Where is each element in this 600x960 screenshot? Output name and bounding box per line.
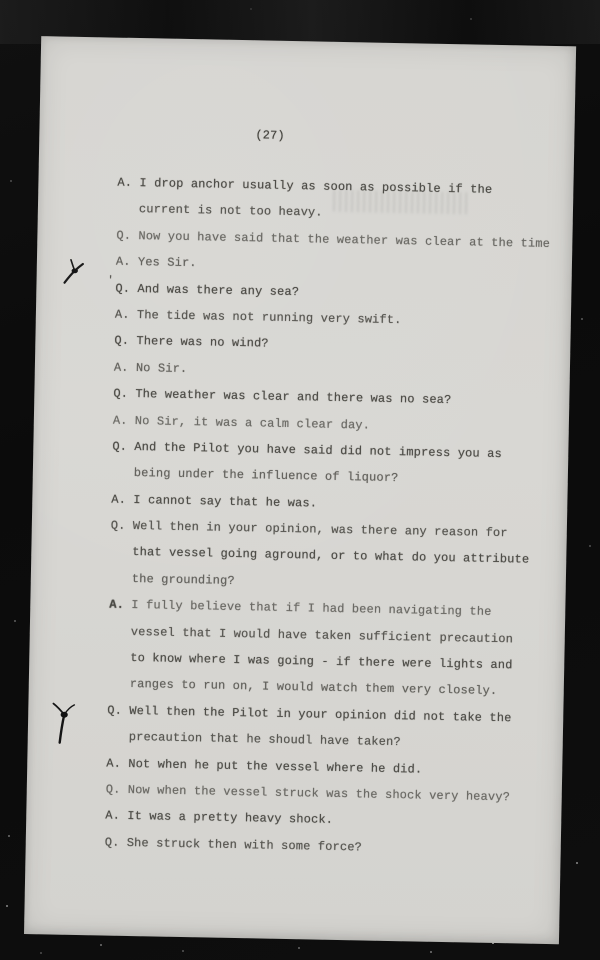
document-page: (27) A.I drop anchor usually as soon as … — [24, 36, 576, 944]
line-text: It was a pretty heavy shock. — [127, 803, 333, 833]
speaker-label: A. — [106, 750, 121, 777]
speaker-label: A. — [113, 407, 128, 434]
speaker-label: A. — [117, 170, 132, 197]
line-text: No Sir. — [136, 355, 188, 382]
line-text: current is not too heavy. — [139, 196, 323, 226]
speaker-label: Q. — [112, 434, 127, 461]
speaker-label: Q. — [113, 381, 128, 408]
stray-mark: ' — [107, 268, 114, 295]
speaker-label: A. — [105, 803, 120, 830]
speaker-label: Q. — [106, 777, 121, 804]
line-text: There was no wind? — [136, 328, 269, 357]
line-text: the grounding? — [132, 566, 235, 594]
speaker-label: Q. — [114, 328, 129, 355]
line-text: She struck then with some force? — [127, 830, 363, 861]
speaker-label: Q. — [115, 275, 130, 302]
qa-transcript: A.I drop anchor usually as soon as possi… — [26, 168, 574, 864]
speaker-label: Q. — [116, 222, 131, 249]
speaker-label: Q. — [107, 697, 122, 724]
speaker-label: A. — [109, 592, 124, 619]
film-noise-specks — [0, 0, 2, 2]
line-text: And was there any sea? — [137, 276, 299, 306]
speaker-label: Q. — [111, 513, 126, 540]
photograph-frame: { "doc": { "page_number": "(27)", "qa_ro… — [0, 0, 600, 960]
speaker-label: Q. — [105, 829, 120, 856]
speaker-label: A. — [114, 354, 129, 381]
speaker-label: A. — [116, 249, 131, 276]
page-number: (27) — [255, 128, 285, 143]
speaker-label: A. — [111, 486, 126, 513]
line-text: Yes Sir. — [138, 249, 197, 277]
speaker-label: A. — [115, 302, 130, 329]
line-text: I cannot say that he was. — [133, 487, 317, 517]
